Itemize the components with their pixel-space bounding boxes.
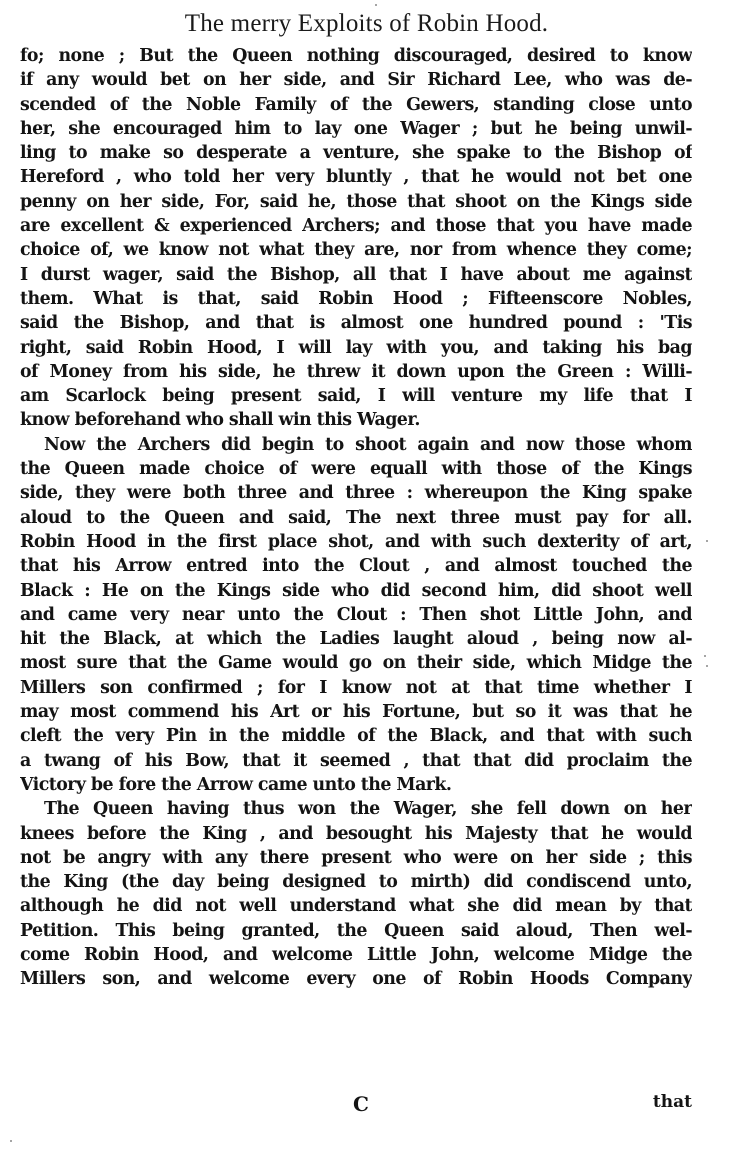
- text-line: come Robin Hood, and welcome Little John…: [20, 943, 692, 967]
- text-line: know beforehand who shall win this Wager…: [20, 408, 692, 432]
- text-line: most sure that the Game would go on thei…: [20, 651, 692, 675]
- text-line: her, she encouraged him to lay one Wager…: [20, 117, 692, 141]
- scan-speck: [706, 540, 708, 542]
- text-line: Black : He on the Kings side who did sec…: [20, 579, 692, 603]
- catchword: that: [653, 1092, 692, 1112]
- scan-speck: [375, 4, 377, 6]
- text-line: a twang of his Bow, that it seemed , tha…: [20, 749, 692, 773]
- text-line: not be angry with any there present who …: [20, 846, 692, 870]
- text-line: choice of, we know not what they are, no…: [20, 238, 692, 262]
- page-footer: C that: [20, 1092, 692, 1118]
- body-text: fo; none ; But the Queen nothing discour…: [20, 44, 692, 992]
- text-line: right, said Robin Hood, I will lay with …: [20, 336, 692, 360]
- text-line: if any would bet on her side, and Sir Ri…: [20, 68, 692, 92]
- text-line: may most commend his Art or his Fortune,…: [20, 700, 692, 724]
- scanned-book-page: The merry Exploits of Robin Hood. fo; no…: [0, 0, 733, 1159]
- text-line: although he did not well understand what…: [20, 894, 692, 918]
- text-line: Victory be fore the Arrow came unto the …: [20, 773, 692, 797]
- text-line: side, they were both three and three : w…: [20, 481, 692, 505]
- text-line: said the Bishop, and that is almost one …: [20, 311, 692, 335]
- paragraph-start-line: The Queen having thus won the Wager, she…: [20, 797, 692, 821]
- text-line: Millers son confirmed ; for I know not a…: [20, 676, 692, 700]
- text-line: Robin Hood in the first place shot, and …: [20, 530, 692, 554]
- text-line: fo; none ; But the Queen nothing discour…: [20, 44, 692, 68]
- text-line: the King (the day being designed to mirt…: [20, 870, 692, 894]
- text-line: hit the Black, at which the Ladies laugh…: [20, 627, 692, 651]
- text-line: the Queen made choice of were equall wit…: [20, 457, 692, 481]
- text-line: knees before the King , and besought his…: [20, 822, 692, 846]
- text-line: Hereford , who told her very bluntly , t…: [20, 165, 692, 189]
- text-line: and came very near unto the Clout : Then…: [20, 603, 692, 627]
- scan-speck: [704, 655, 706, 657]
- text-line: Petition. This being granted, the Queen …: [20, 919, 692, 943]
- text-line: Millers son, and welcome every one of Ro…: [20, 967, 692, 991]
- text-line: are excellent & experienced Archers; and…: [20, 214, 692, 238]
- scan-speck: [706, 665, 708, 667]
- text-line: aloud to the Queen and said, The next th…: [20, 506, 692, 530]
- text-line: am Scarlock being present said, I will v…: [20, 384, 692, 408]
- paragraph-start-line: Now the Archers did begin to shoot again…: [20, 433, 692, 457]
- text-line: I durst wager, said the Bishop, all that…: [20, 263, 692, 287]
- text-line: scended of the Noble Family of the Gewer…: [20, 93, 692, 117]
- text-line: that his Arrow entred into the Clout , a…: [20, 554, 692, 578]
- text-line: them. What is that, said Robin Hood ; Fi…: [20, 287, 692, 311]
- text-line: of Money from his side, he threw it down…: [20, 360, 692, 384]
- scan-speck: [10, 1140, 12, 1142]
- text-line: cleft the very Pin in the middle of the …: [20, 724, 692, 748]
- running-title: The merry Exploits of Robin Hood.: [0, 10, 733, 38]
- text-line: penny on her side, For, said he, those t…: [20, 190, 692, 214]
- text-line: ling to make so desperate a venture, she…: [20, 141, 692, 165]
- signature-mark: C: [353, 1092, 369, 1116]
